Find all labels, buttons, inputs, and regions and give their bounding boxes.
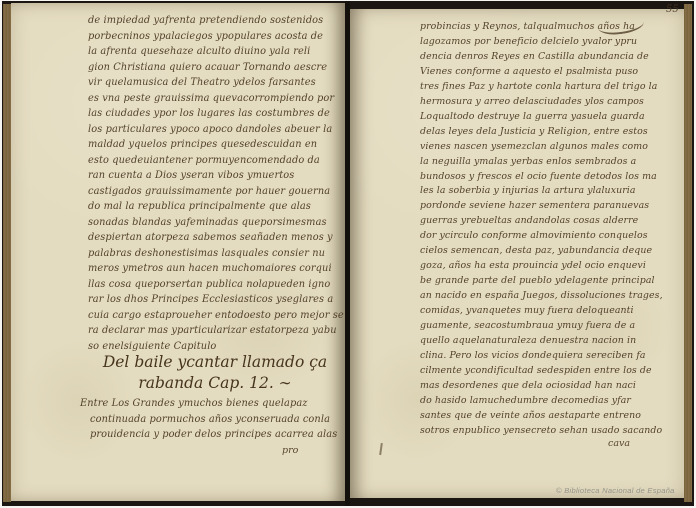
- manuscript-text-line: porbecninos ypalaciegos ypopulares acost…: [88, 29, 340, 45]
- manuscript-text-line: la neguilla ymalas yerbas enlos sembrado…: [420, 155, 666, 170]
- manuscript-text-line: bundosos y frescos el ocio fuente detodo…: [420, 170, 666, 185]
- manuscript-text-line: despiertan atorpeza sabemos seañaden men…: [88, 230, 340, 246]
- manuscript-text-line: castigados grauissimamente por hauer gou…: [88, 184, 340, 200]
- manuscript-text-line: quello aquelanaturaleza denuestra nacion…: [420, 334, 666, 349]
- catchword-right: cava: [608, 438, 630, 449]
- manuscript-text-line: Vienes conforme a aquesto el psalmista p…: [420, 65, 666, 80]
- manuscript-text-line: goza, años ha esta prouincia ydel ocio e…: [420, 259, 666, 274]
- manuscript-text-line: cuia cargo estaproueher entodoesto pero …: [88, 308, 340, 324]
- manuscript-text-line: do hasido lamuchedumbre decomedias yfar: [420, 394, 666, 409]
- page-edges-right: [684, 4, 692, 502]
- manuscript-text-line: esto quedeuiantener pormuyencomendado da: [88, 153, 340, 169]
- manuscript-text-line: guamente, seacostumbraua ymuy fuera de a: [420, 319, 666, 334]
- manuscript-text-line: es vna peste grauissima quevacorrompiend…: [88, 91, 340, 107]
- chapter-heading-line1: Del baile ycantar llamado ça: [95, 352, 335, 373]
- manuscript-text-line: las ciudades ypor los lugares las costum…: [88, 106, 340, 122]
- chapter-heading-line2: rabanda Cap. 12. ∼: [95, 373, 335, 393]
- manuscript-text-line: la afrenta quesehaze alculto diuino yala…: [88, 44, 340, 60]
- manuscript-text-line: vienes nascen ysemezclan algunos males c…: [420, 140, 666, 155]
- manuscript-text-line: santes que de veinte años aestaparte ent…: [420, 409, 666, 424]
- manuscript-text-line: Entre Los Grandes ymuchos bienes quelapa…: [80, 396, 338, 412]
- manuscript-text-line: ran cuenta a Dios yseran vibos ymuertos: [88, 168, 340, 184]
- manuscript-text-line: palabras deshonestisimas lasquales consi…: [88, 246, 340, 262]
- folio-number: 55: [666, 4, 679, 15]
- manuscript-text-line: be grande parte del pueblo ydelagente pr…: [420, 274, 666, 289]
- manuscript-text-line: cilmente ycondificultad sedespiden entre…: [420, 364, 666, 379]
- catchword-left: pro: [282, 445, 298, 456]
- manuscript-scan: de impiedad yafrenta pretendiendo sosten…: [0, 0, 696, 508]
- manuscript-text-line: lagozamos por beneficio delcielo yvalor …: [420, 35, 666, 50]
- manuscript-text-line: los particulares ypoco apoco dandoles ab…: [88, 122, 340, 138]
- manuscript-text-line: meros ymetros aun hacen muchomaiores cor…: [88, 261, 340, 277]
- manuscript-text-line: do mal la republica principalmente que a…: [88, 199, 340, 215]
- manuscript-text-line: de impiedad yafrenta pretendiendo sosten…: [88, 13, 340, 29]
- page-edges-left: [3, 4, 11, 502]
- manuscript-text-line: tres fines Paz y hartote conla hartura d…: [420, 80, 666, 95]
- manuscript-text-line: prouidencia y poder delos principes acar…: [80, 427, 338, 443]
- library-watermark: © Biblioteca Nacional de España: [556, 486, 675, 495]
- manuscript-text-line: comidas, yvanquetes muy fuera deloqueant…: [420, 304, 666, 319]
- manuscript-text-line: gion Christiana quiero acauar Tornando a…: [88, 60, 340, 76]
- manuscript-text-line: rar los dhos Principes Ecclesiasticos ys…: [88, 292, 340, 308]
- right-page-body-text: probincias y Reynos, talqualmuchos años …: [420, 20, 666, 439]
- manuscript-text-line: continuada pormuchos años yconseruada co…: [80, 412, 338, 428]
- manuscript-text-line: delas leyes dela Justicia y Religion, en…: [420, 125, 666, 140]
- manuscript-text-line: sonadas blandas yafeminadas queporsimesm…: [88, 215, 340, 231]
- manuscript-text-line: mas desordenes que dela ociosidad han na…: [420, 379, 666, 394]
- manuscript-text-line: Loqualtodo destruye la guerra yasuela gu…: [420, 110, 666, 125]
- manuscript-text-line: llas cosa queporsertan publica nolapuede…: [88, 277, 340, 293]
- manuscript-text-line: pordonde seviene hazer sementera paranue…: [420, 199, 666, 214]
- manuscript-text-line: dor ycirculo conforme almovimiento conqu…: [420, 229, 666, 244]
- manuscript-text-line: clina. Pero los vicios dondequiera serec…: [420, 349, 666, 364]
- gutter-shadow: [345, 1, 350, 506]
- manuscript-text-line: guerras yrebueltas andandolas cosas alde…: [420, 214, 666, 229]
- manuscript-text-line: an nacido en españa Juegos, dissolucione…: [420, 289, 666, 304]
- manuscript-text-line: cielos semencan, desta paz, yabundancia …: [420, 244, 666, 259]
- manuscript-text-line: ra declarar mas yparticularizar estatorp…: [88, 323, 340, 339]
- manuscript-text-line: maldad yquelos principes quesedescuidan …: [88, 137, 340, 153]
- left-page-paragraph: Entre Los Grandes ymuchos bienes quelapa…: [80, 396, 338, 443]
- manuscript-text-line: sotros enpublico yensecreto sehan usado …: [420, 424, 666, 439]
- manuscript-text-line: vir quelamusica del Theatro ydelos farsa…: [88, 75, 340, 91]
- chapter-heading: Del baile ycantar llamado ça rabanda Cap…: [95, 352, 335, 393]
- manuscript-text-line: les la soberbia y injurias la artura yla…: [420, 184, 666, 199]
- manuscript-text-line: dencia denros Reyes en Castilla abundanc…: [420, 50, 666, 65]
- manuscript-text-line: hermosura y arreo delasciudades ylos cam…: [420, 95, 666, 110]
- left-page-body-text: de impiedad yafrenta pretendiendo sosten…: [88, 13, 340, 354]
